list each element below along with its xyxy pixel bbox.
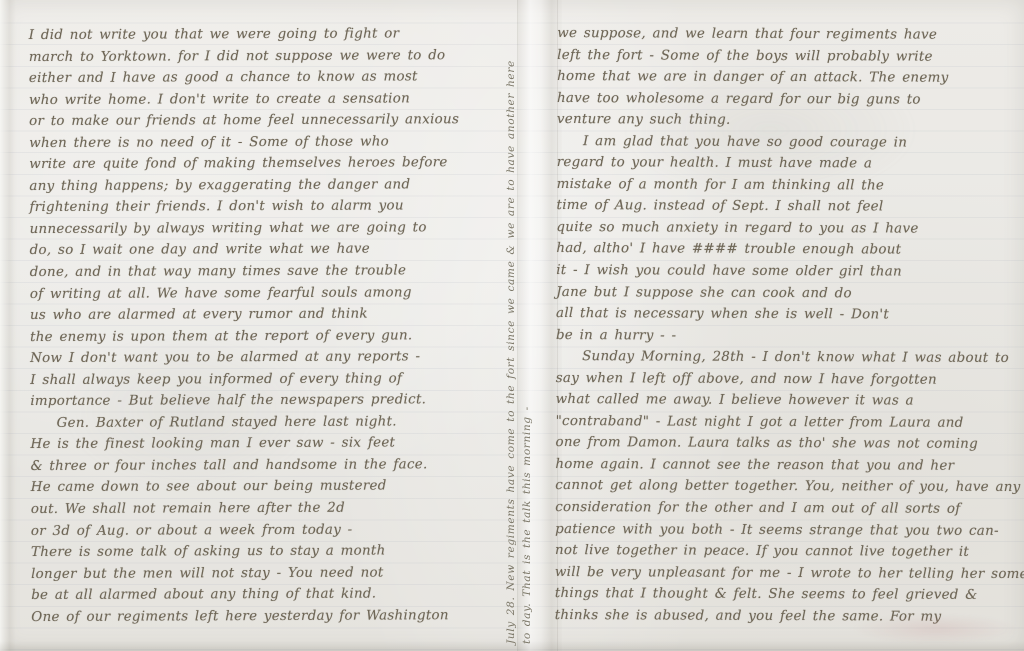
letter-line: us who are alarmed at every rumor and th… <box>30 303 508 327</box>
letter-line: Gen. Baxter of Rutland stayed here last … <box>30 411 508 435</box>
letter-line: longer but the men will not stay - You n… <box>31 562 509 586</box>
letter-line: frightening their friends. I don't wish … <box>29 195 507 219</box>
letter-line: not live together in peace. If you canno… <box>555 540 1021 564</box>
letter-line: Sunday Morning, 28th - I don't know what… <box>556 346 1022 370</box>
letter-line: time of Aug. instead of Sept. I shall no… <box>556 195 1022 219</box>
letter-line: I am glad that you have so good courage … <box>557 131 1023 155</box>
letter-line: march to Yorktown. for I did not suppose… <box>29 45 507 69</box>
letter-line: home that we are in danger of an attack.… <box>557 66 1023 90</box>
letter-line: or 3d of Aug. or about a week from today… <box>31 519 509 543</box>
paper-left-edge <box>0 0 16 651</box>
letter-line: it - I wish you could have some older gi… <box>556 260 1022 284</box>
letter-line: unnecessarily by always writing what we … <box>30 217 508 241</box>
letter-line: patience with you both - It seems strang… <box>555 519 1021 543</box>
letter-line: importance - But believe half the newspa… <box>30 389 508 413</box>
letter-line: He is the finest looking man I ever saw … <box>30 432 508 456</box>
letter-line: Now I don't want you to be alarmed at an… <box>30 346 508 370</box>
letter-line: quite so much anxiety in regard to you a… <box>556 217 1022 241</box>
letter-line: regard to your health. I must have made … <box>557 152 1023 176</box>
fold-note-line: July 28. New regiments have come to the … <box>503 40 519 644</box>
letter-line: There is some talk of asking us to stay … <box>31 540 509 564</box>
letter-line: who write home. I don't write to create … <box>29 88 507 112</box>
letter-line: of writing at all. We have some fearful … <box>30 282 508 306</box>
letter-line: cannot get along better together. You, n… <box>555 475 1021 499</box>
letter-line: home again. I cannot see the reason that… <box>555 454 1021 478</box>
letter-line: do, so I wait one day and write what we … <box>30 238 508 262</box>
letter-line: will be very unpleasant for me - I wrote… <box>555 562 1021 586</box>
letter-line: we suppose, and we learn that four regim… <box>557 23 1023 47</box>
letter-line: be at all alarmed about any thing of tha… <box>31 583 509 607</box>
letter-left-page: I did not write you that we were going t… <box>29 23 510 628</box>
fold-margin-note: July 28. New regiments have come to the … <box>503 40 535 644</box>
fold-note-line: to day. That is the talk this morning - <box>519 40 535 644</box>
letter-line: "contraband" - Last night I got a letter… <box>556 411 1022 435</box>
letter-line: one from Damon. Laura talks as tho' she … <box>555 432 1021 456</box>
letter-line: write are quite fond of making themselve… <box>29 152 507 176</box>
letter-line: when there is no need of it - Some of th… <box>29 131 507 155</box>
letter-line: consideration for the other and I am out… <box>555 497 1021 521</box>
letter-line: any thing happens; by exaggerating the d… <box>29 174 507 198</box>
letter-line: be in a hurry - - <box>556 325 1022 349</box>
letter-line: left the fort - Some of the boys will pr… <box>557 45 1023 69</box>
letter-line: had, altho' I have #### trouble enough a… <box>556 238 1022 262</box>
letter-line: have too wholesome a regard for our big … <box>557 88 1023 112</box>
letter-line: all that is necessary when she is well -… <box>556 303 1022 327</box>
letter-line: say when I left off above, and now I hav… <box>556 368 1022 392</box>
letter-line: One of our regiments left here yesterday… <box>31 605 509 629</box>
letter-line: I did not write you that we were going t… <box>29 23 507 47</box>
letter-line: out. We shall not remain here after the … <box>31 497 509 521</box>
letter-line: Jane but I suppose she can cook and do <box>556 282 1022 306</box>
letter-line: mistake of a month for I am thinking all… <box>557 174 1023 198</box>
letter-line: what called me away. I believe however i… <box>556 389 1022 413</box>
letter-line: the enemy is upon them at the report of … <box>30 325 508 349</box>
letter-scan-paper: I did not write you that we were going t… <box>0 0 1024 651</box>
letter-line: He came down to see about our being must… <box>31 475 509 499</box>
letter-line: either and I have as good a chance to kn… <box>29 66 507 90</box>
letter-line: thinks she is abused, and you feel the s… <box>555 605 1021 629</box>
letter-line: or to make our friends at home feel unne… <box>29 109 507 133</box>
letter-right-page: we suppose, and we learn that four regim… <box>555 23 1024 628</box>
letter-line: things that I thought & felt. She seems … <box>555 583 1021 607</box>
letter-line: done, and in that way many times save th… <box>30 260 508 284</box>
letter-line: I shall always keep you informed of ever… <box>30 368 508 392</box>
letter-line: venture any such thing. <box>557 109 1023 133</box>
letter-line: & three or four inches tall and handsome… <box>31 454 509 478</box>
